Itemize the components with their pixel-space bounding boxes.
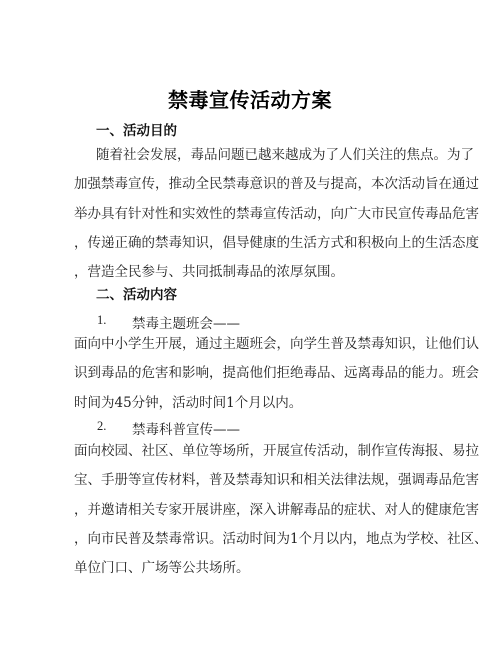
class-meeting-paragraph: 面向中小学生开展，通过主题班会，向学生普及禁毒知识，让他们认 识到毒品的危害和影… xyxy=(74,330,419,418)
science-promotion-paragraph: 面向校园、社区、单位等场所，开展宣传活动，制作宣传海报、易拉 宝、手册等宣传材料… xyxy=(74,437,419,583)
paragraph-line: 单位门口、广场等公共场所。 xyxy=(74,554,419,583)
paragraph-line: 宝、手册等宣传材料，普及禁毒知识和相关法律法规，强调毒品危害 xyxy=(74,466,419,495)
section-heading-purpose: 一、活动目的 xyxy=(96,119,177,139)
paragraph-line: 面向中小学生开展，通过主题班会，向学生普及禁毒知识，让他们认 xyxy=(74,330,419,359)
paragraph-line: ，并邀请相关专家开展讲座，深入讲解毒品的症状、对人的健康危害 xyxy=(74,496,419,525)
paragraph-line: 加强禁毒宣传，推动全民禁毒意识的普及与提高，本次活动旨在通过 xyxy=(74,170,419,199)
paragraph-line: 随着社会发展，毒品问题已越来越成为了人们关注的焦点。为了 xyxy=(74,141,419,170)
paragraph-line: 举办具有针对性和实效性的禁毒宣传活动，向广大市民宣传毒品危害 xyxy=(74,200,419,229)
paragraph-line: 面向校园、社区、单位等场所，开展宣传活动，制作宣传海报、易拉 xyxy=(74,437,419,466)
item-number: 1. xyxy=(97,313,106,328)
item-number: 2. xyxy=(97,419,106,434)
paragraph-line: ，传递正确的禁毒知识，倡导健康的生活方式和积极向上的生活态度 xyxy=(74,229,419,258)
item-title-class-meeting: 禁毒主题班会—— xyxy=(132,312,240,332)
item-title-science-promotion: 禁毒科普宣传—— xyxy=(132,418,240,438)
document-title: 禁毒宣传活动方案 xyxy=(0,84,500,113)
section-heading-content: 二、活动内容 xyxy=(96,283,177,303)
purpose-paragraph: 随着社会发展，毒品问题已越来越成为了人们关注的焦点。为了 加强禁毒宣传，推动全民… xyxy=(74,141,419,287)
paragraph-line: 识到毒品的危害和影响，提高他们拒绝毒品、远离毒品的能力。班会 xyxy=(74,359,419,388)
document-page: 禁毒宣传活动方案 一、活动目的 随着社会发展，毒品问题已越来越成为了人们关注的焦… xyxy=(0,0,500,647)
paragraph-line: ，向市民普及禁毒常识。活动时间为1个月以内，地点为学校、社区、 xyxy=(74,525,419,554)
paragraph-line: 时间为45分钟，活动时间1个月以内。 xyxy=(74,389,419,418)
